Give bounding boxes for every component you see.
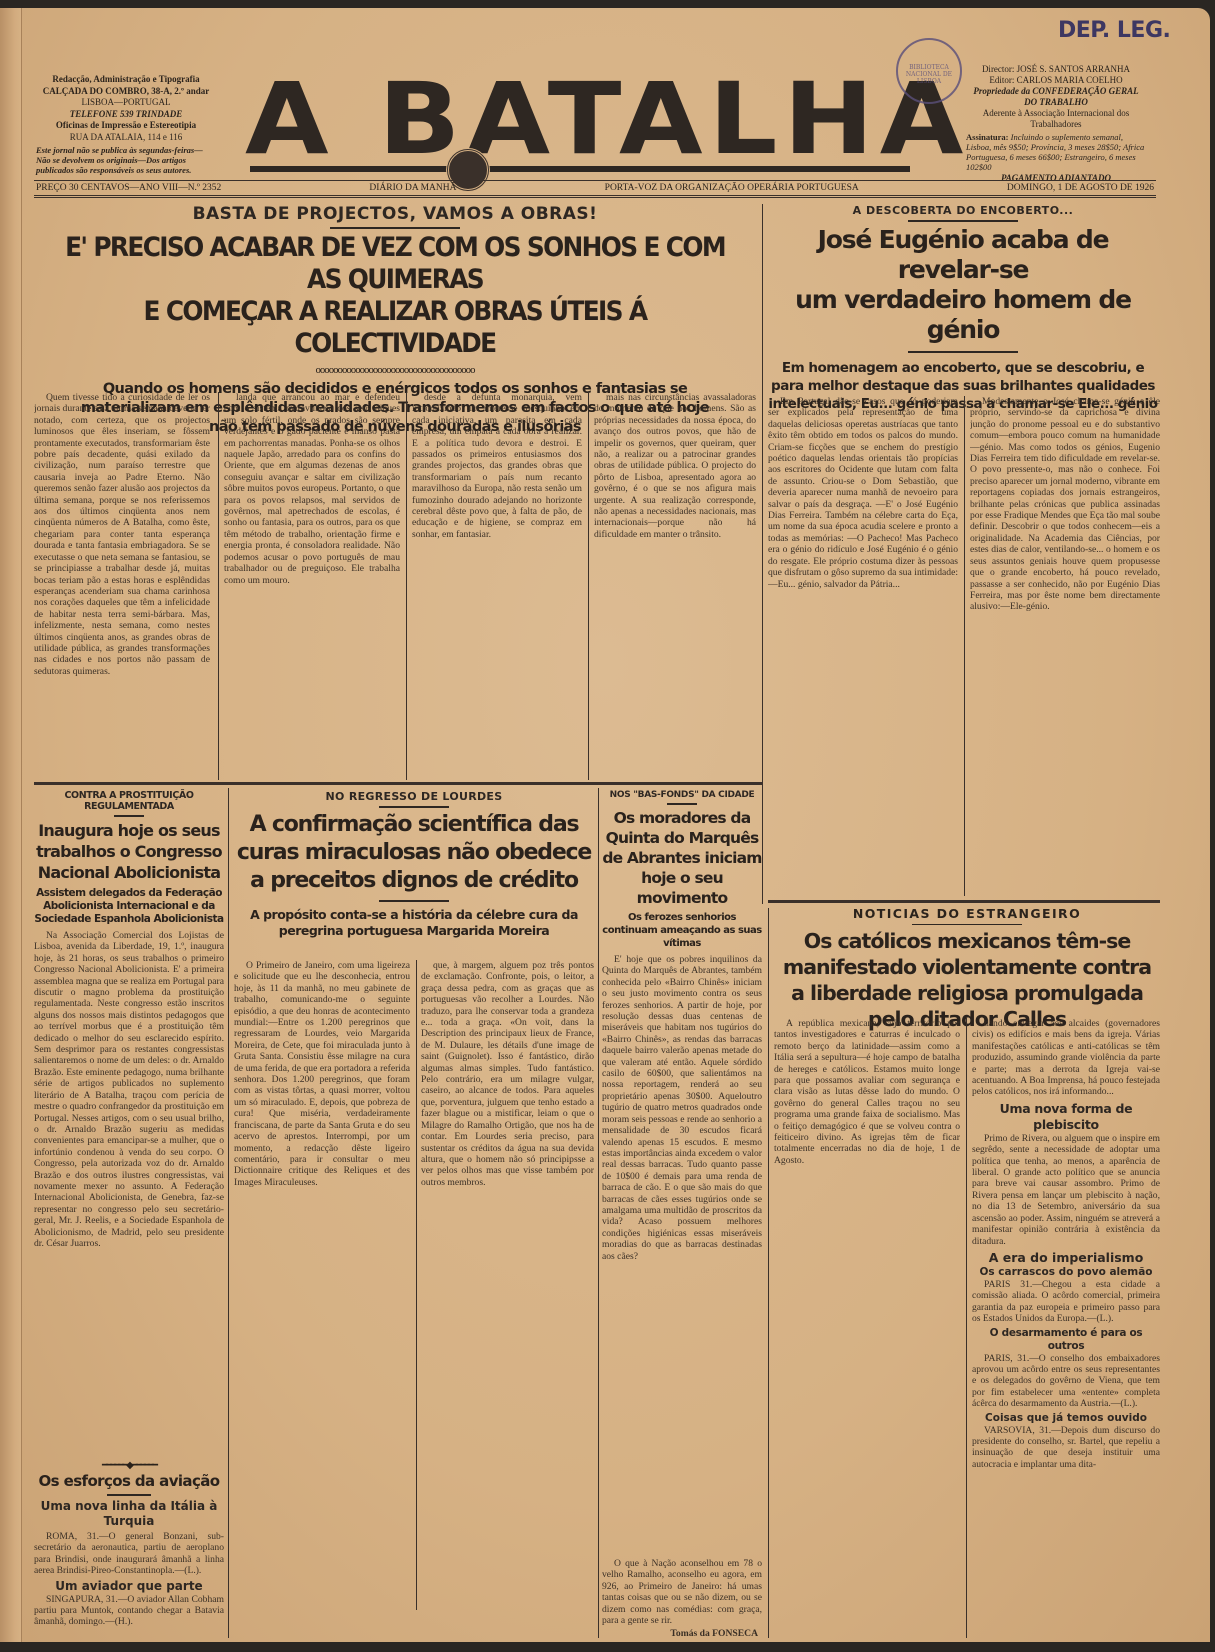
paragraph: PARIS 31.—Chegou a esta cidade a comissã… — [972, 1279, 1160, 1325]
paragraph: que, à margem, alguem poz três pontos de… — [421, 960, 594, 1188]
library-stamp-icon: BIBLIOTECA NACIONAL DE LISBOA — [896, 38, 962, 104]
divider — [912, 924, 1022, 925]
paragraph: VARSOVIA, 31.—Depois dum discurso do pre… — [972, 1425, 1160, 1471]
plebiscite-headline: Uma nova forma de plebiscito — [972, 1101, 1160, 1133]
foreign-column-2: dando entregar aos alcaides (governadore… — [972, 1018, 1160, 1472]
page-bottom-edge — [0, 1642, 1210, 1648]
genio-article: A DESCOBERTA DO ENCOBERTO... José Eugéni… — [768, 204, 1158, 413]
genio-kicker: A DESCOBERTA DO ENCOBERTO... — [768, 204, 1158, 217]
foreign-headline: Os católicos mexicanos têm-se manifestad… — [774, 928, 1160, 1032]
column-rule — [228, 788, 229, 1638]
address-line: Redacção, Administração e Tipografia — [36, 74, 216, 86]
lourdes-headline: A confirmação scientífica das curas mira… — [234, 811, 594, 895]
adherent: Aderente à Associação Internacional dos … — [966, 108, 1146, 130]
paragraph: Em Portugal dão-se casos que só poderiam… — [768, 396, 958, 590]
divider — [107, 1494, 151, 1496]
lead-headline: E' PRECISO ACABAR DE VEZ COM OS SONHOS E… — [63, 232, 727, 296]
lead-column-4: mais nas circunstâncias avassaladoras do… — [594, 392, 756, 782]
section-rule — [34, 782, 762, 785]
paragraph: dando entregar aos alcaides (governadore… — [972, 1018, 1160, 1098]
prostitution-headline: Inaugura hoje os seus trabalhos o Congre… — [34, 820, 224, 883]
masthead-address-block: Redacção, Administração e Tipografia CAL… — [36, 74, 216, 175]
stamp-text: BIBLIOTECA NACIONAL DE LISBOA — [906, 64, 952, 85]
address-line: Oficinas de Impressão e Estereotipia — [36, 120, 216, 132]
foreign-body-right: dando entregar aos alcaides (governadore… — [972, 1018, 1160, 1098]
lourdes-article: NO REGRESSO DE LOURDES A confirmação sci… — [234, 790, 594, 939]
foreign-section-title: NOTICIAS DO ESTRANGEIRO — [774, 906, 1160, 921]
disarmament-headline: O desarmamento é para os outros — [972, 1327, 1160, 1353]
divider — [379, 806, 449, 808]
column-rule — [416, 960, 417, 1610]
foreign-news: NOTICIAS DO ESTRANGEIRO Os católicos mex… — [774, 906, 1160, 1032]
aviation-headline: Os esforços da aviação — [34, 1471, 224, 1491]
director: Director: JOSÉ S. SANTOS ARRANHA — [966, 64, 1146, 75]
publication-note: Este jornal não se publica às segundas-f… — [36, 145, 216, 175]
genio-headline-2: um verdadeiro homem de génio — [768, 285, 1158, 345]
divider — [330, 227, 460, 229]
lourdes-kicker: NO REGRESSO DE LOURDES — [234, 790, 594, 803]
imperialism-subheadline: Os carrascos do povo alemão — [972, 1266, 1160, 1279]
telephone: TELEFONE 539 TRINDADE — [36, 109, 216, 121]
bairro-body: E' hoje que os pobres inquilinos da Quin… — [602, 954, 762, 1564]
prostitution-kicker: CONTRA A PROSTITUIÇÃO REGULAMENTADA — [34, 790, 224, 812]
column-rule — [768, 908, 769, 1638]
imperialism-headline: A era do imperialismo — [972, 1250, 1160, 1266]
paragraph: ROMA, 31.—O general Bonzani, sub-secretá… — [34, 1531, 224, 1577]
folio-line: PREÇO 30 CENTAVOS—ANO VIII—N.º 2352 DIÁR… — [34, 180, 1156, 198]
author: Tomás da FONSECA — [602, 1628, 762, 1639]
aviation-body2: SINGAPURA, 31.—O aviador Allan Cobham pa… — [34, 1594, 224, 1628]
paragraph: Modestamente o José chama-se génio a êle… — [970, 396, 1160, 613]
price-issue: PREÇO 30 CENTAVOS—ANO VIII—N.º 2352 — [36, 183, 221, 193]
divider — [114, 815, 144, 817]
section-rule — [768, 900, 1160, 903]
ornament-divider: oooooooooooooooooooooooooooooooooooo — [34, 366, 756, 376]
paragraph: mais nas circunstâncias avassaladoras do… — [594, 392, 756, 540]
lourdes-deck: A propósito conta-se a história da céleb… — [234, 907, 594, 939]
imperialism-body: PARIS 31.—Chegou a esta cidade a comissã… — [972, 1279, 1160, 1325]
heard-before-body: VARSOVIA, 31.—Depois dum discurso do pre… — [972, 1425, 1160, 1471]
prostitution-deck: Assistem delegados da Federação Abolicio… — [34, 887, 224, 926]
disarmament-body: PARIS, 31.—O conselho dos embaixadores a… — [972, 1353, 1160, 1410]
genio-column-1: Em Portugal dão-se casos que só poderiam… — [768, 396, 958, 896]
paragraph: PARIS, 31.—O conselho dos embaixadores a… — [972, 1353, 1160, 1410]
genio-column-2: Modestamente o José chama-se génio a êle… — [970, 396, 1160, 896]
lead-column-2: landa que arrancou ao mar e defendeu com… — [224, 392, 400, 782]
column-rule — [966, 1018, 967, 1638]
paragraph: Primo de Rivera, ou alguem que o inspire… — [972, 1133, 1160, 1247]
subscription-label: Assinatura: — [966, 132, 1009, 142]
divider — [379, 900, 449, 902]
paragraph: Na Associação Comercial dos Lojistas de … — [34, 930, 224, 1249]
paragraph: O Primeiro de Janeiro, com uma ligeireza… — [234, 960, 410, 1188]
column-rule — [964, 396, 965, 896]
column-rule — [218, 392, 219, 780]
subscription: Assinatura: Incluindo o suplemento seman… — [966, 132, 1146, 172]
heard-before-headline: Coisas que já temos ouvido — [972, 1412, 1160, 1425]
property: Propriedade da CONFEDERAÇÃO GERAL DO TRA… — [966, 86, 1146, 108]
lead-kicker: BASTA DE PROJECTOS, VAMOS A OBRAS! — [34, 204, 756, 224]
paragraph: A república mexicana, cujo território po… — [774, 1018, 960, 1166]
aviation-body1: ROMA, 31.—O general Bonzani, sub-secretá… — [34, 1531, 224, 1577]
ornament-divider: ━━━━━━◆━━━━━━ — [34, 1460, 224, 1471]
lourdes-column-1: O Primeiro de Janeiro, com uma ligeireza… — [234, 960, 410, 1620]
page-edge — [0, 8, 22, 1648]
lourdes-column-2: que, à margem, alguem poz três pontos de… — [421, 960, 594, 1620]
newspaper-page: Redacção, Administração e Tipografia CAL… — [0, 8, 1210, 1648]
paragraph: O que à Nação aconselhou em 78 o velho R… — [602, 1558, 762, 1626]
column-rule — [762, 204, 763, 904]
genio-headline: José Eugénio acaba de revelar-se — [768, 225, 1158, 285]
bairro-deck: Os ferozes senhorios continuam ameaçando… — [602, 911, 762, 950]
newspaper-title: A BATALHA — [245, 74, 969, 166]
column-rule — [588, 392, 589, 780]
address-line: CALÇADA DO COMBRO, 38-A, 2.º andar — [36, 86, 216, 98]
paragraph: landa que arrancou ao mar e defendeu com… — [224, 392, 400, 586]
paragraph: desde a defunta monarquia, vem introduzi… — [412, 392, 582, 540]
foreign-column-1: A república mexicana, cujo território po… — [774, 1018, 960, 1638]
title-rule — [250, 166, 910, 172]
column-rule — [406, 392, 407, 780]
masthead-editorial-block: Director: JOSÉ S. SANTOS ARRANHA Editor:… — [966, 64, 1146, 184]
tagline: PORTA-VOZ DA ORGANIZAÇÃO OPERÁRIA PORTUG… — [605, 183, 859, 193]
bairro-headline: Os moradores da Quinta do Marquês de Abr… — [602, 808, 762, 908]
bairro-article: NOS "BAS-FONDS" DA CIDADE Os moradores d… — [602, 790, 762, 1564]
editor: Editor: CARLOS MARIA COELHO — [966, 75, 1146, 86]
paragraph: E' hoje que os pobres inquilinos da Quin… — [602, 954, 762, 1262]
aviation-sub2: Um aviador que parte — [34, 1579, 224, 1594]
divider — [908, 220, 1018, 222]
lead-headline-2: E COMEÇAR A REALIZAR OBRAS ÚTEIS Á COLEC… — [63, 296, 727, 360]
paragraph: SINGAPURA, 31.—O aviador Allan Cobham pa… — [34, 1594, 224, 1628]
issue-date: DOMINGO, 1 DE AGOSTO DE 1926 — [1007, 183, 1154, 193]
prostitution-body: Na Associação Comercial dos Lojistas de … — [34, 930, 224, 1460]
paragraph: Quem tivesse tido a curiosidade de ler o… — [34, 392, 210, 677]
bairro-signoff: O que à Nação aconselhou em 78 o velho R… — [602, 1558, 762, 1640]
prostitution-article: CONTRA A PROSTITUIÇÃO REGULAMENTADA Inau… — [34, 790, 224, 1460]
deposit-stamp: DEP. LEG. — [1058, 18, 1170, 43]
column-rule — [598, 788, 599, 1638]
daily-label: DIÁRIO DA MANHÃ — [369, 183, 456, 193]
lead-column-1: Quem tivesse tido a curiosidade de ler o… — [34, 392, 210, 782]
aviation-article: ━━━━━━◆━━━━━━ Os esforços da aviação Uma… — [34, 1460, 224, 1630]
plebiscite-body: Primo de Rivera, ou alguem que o inspire… — [972, 1133, 1160, 1247]
address-line: LISBOA—PORTUGAL — [36, 97, 216, 109]
lead-column-3: desde a defunta monarquia, vem introduzi… — [412, 392, 582, 782]
address-line: RUA DA ATALAIA, 114 e 116 — [36, 132, 216, 144]
aviation-sub1: Uma nova linha da Itália à Turquia — [34, 1499, 224, 1529]
bairro-kicker: NOS "BAS-FONDS" DA CIDADE — [602, 790, 762, 800]
divider — [908, 351, 1018, 353]
divider — [667, 803, 697, 805]
